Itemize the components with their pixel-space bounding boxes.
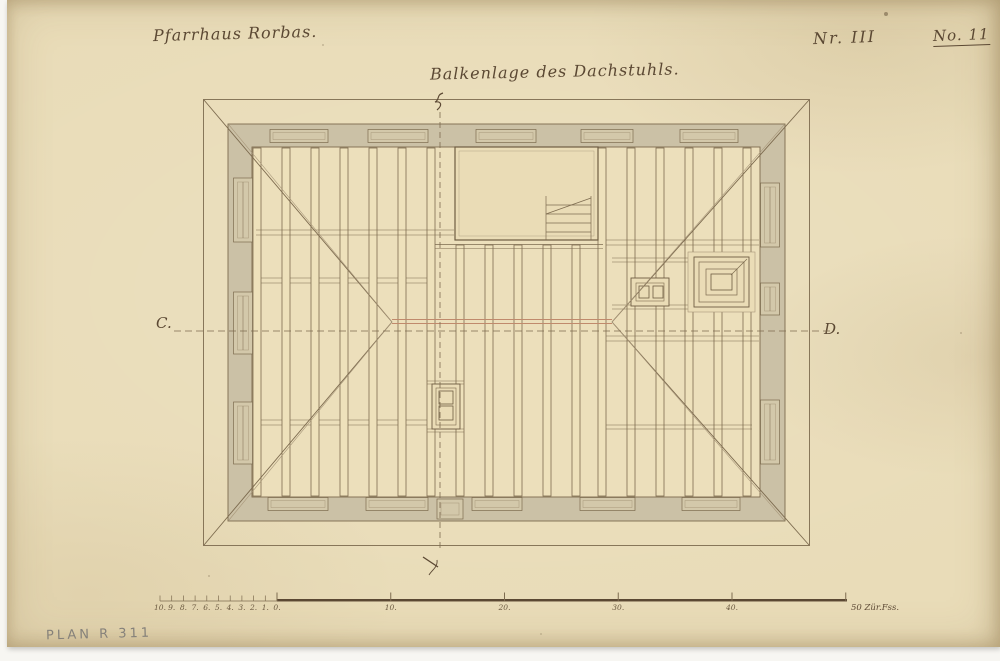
- scale-label: 1.: [262, 603, 269, 612]
- wall-plate: [270, 130, 328, 143]
- scale-bar-thick: [277, 599, 847, 601]
- joist: [427, 148, 435, 496]
- joist: [398, 148, 406, 496]
- scale-label: 5.: [215, 603, 222, 612]
- wall-plate: [680, 130, 738, 143]
- wall-plate: [368, 130, 428, 143]
- joist: [598, 148, 606, 496]
- section-flourish-icon-bottom: [423, 557, 438, 575]
- scale-label: 2.: [250, 603, 257, 612]
- joist: [340, 148, 348, 496]
- joist: [656, 148, 664, 496]
- wall-plate: [268, 498, 328, 511]
- scale-label: 30.: [612, 603, 624, 612]
- joist: [456, 245, 464, 496]
- joist: [627, 148, 635, 496]
- joist: [253, 148, 261, 496]
- wall-plate: [476, 130, 536, 143]
- scale-label: 6.: [203, 603, 210, 612]
- joist: [514, 245, 522, 496]
- wall-plate: [682, 498, 740, 511]
- wall-plate: [580, 498, 635, 511]
- joist: [543, 245, 551, 496]
- scale-label: 0.: [273, 603, 280, 612]
- scale-label: 50 Zür.Fss.: [851, 603, 899, 613]
- joist: [311, 148, 319, 496]
- chimney-bottom: [427, 381, 464, 432]
- scale-label: 3.: [238, 603, 245, 612]
- joist: [369, 148, 377, 496]
- joist: [572, 245, 580, 496]
- scale-label: 9.: [168, 603, 175, 612]
- beam-layout-drawing: [0, 0, 1000, 661]
- wall-plate: [472, 498, 522, 511]
- wall-plate: [581, 130, 633, 143]
- scale-label: 4.: [227, 603, 234, 612]
- joist: [485, 245, 493, 496]
- scale-label: 7.: [192, 603, 199, 612]
- scale-label: 8.: [180, 603, 187, 612]
- chimney-small: [631, 278, 669, 306]
- joist: [685, 148, 693, 496]
- scale-label: 40.: [726, 603, 738, 612]
- scale-label: 10.: [385, 603, 397, 612]
- scale-label: 20.: [499, 603, 511, 612]
- joist: [743, 148, 751, 496]
- stair-opening: [435, 147, 603, 249]
- scale-bar: [160, 593, 847, 602]
- scale-label: 10.: [154, 603, 166, 612]
- section-flourish-icon-top: [435, 93, 443, 110]
- wall-plate: [366, 498, 428, 511]
- chimney-large: [688, 252, 755, 312]
